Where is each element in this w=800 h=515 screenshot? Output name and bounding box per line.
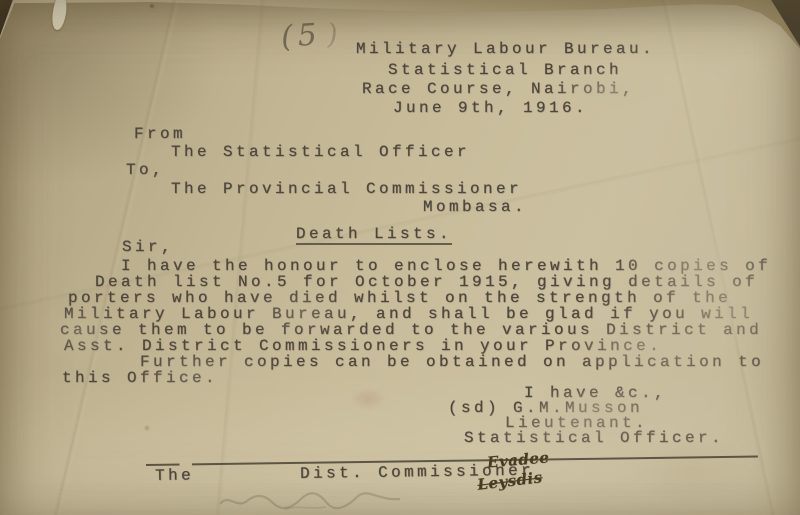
footer-the: The [155,467,194,484]
footer-routing-block: The Dist. Commissioner Evadee Leysdis [0,0,800,515]
faint-pencil-scribble [215,486,405,512]
photograph-of-typewritten-letter: (5 ) Military Labour Bureau. Statistical… [0,0,800,515]
